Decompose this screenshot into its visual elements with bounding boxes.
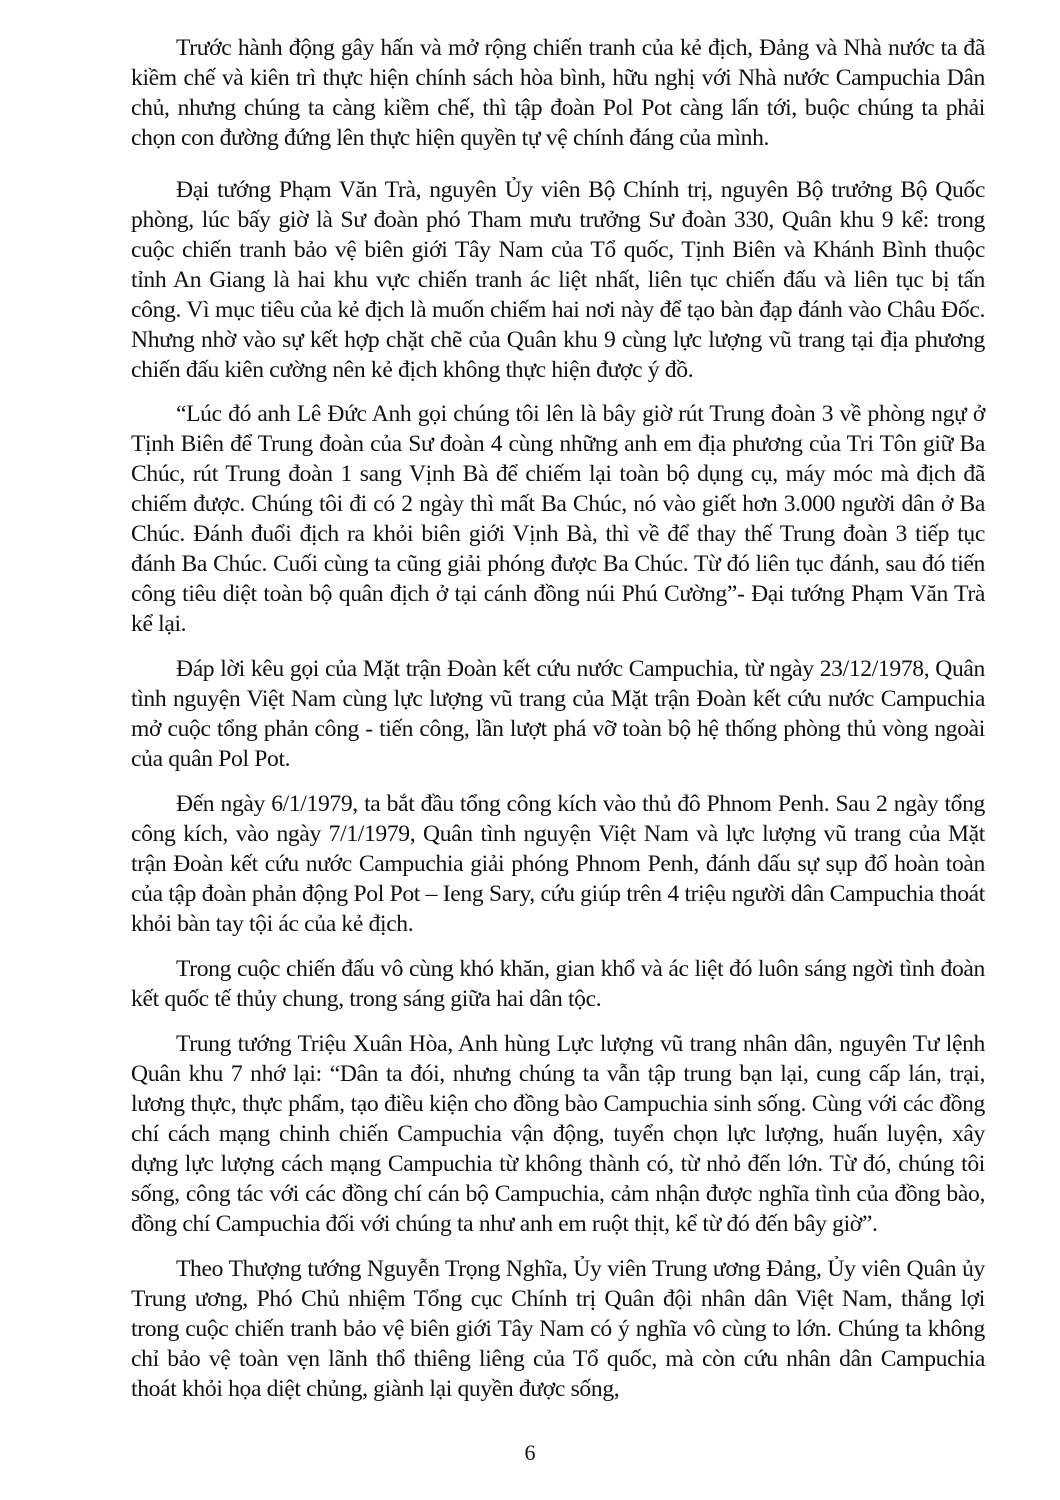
page-number: 6 [0, 1440, 1060, 1466]
paragraph-6: Trong cuộc chiến đấu vô cùng khó khăn, g… [131, 954, 985, 1014]
paragraph-4: Đáp lời kêu gọi của Mặt trận Đoàn kết cứ… [131, 654, 985, 774]
paragraph-3: “Lúc đó anh Lê Đức Anh gọi chúng tôi lên… [131, 399, 985, 639]
document-body: Trước hành động gây hấn và mở rộng chiến… [131, 20, 985, 1417]
paragraph-1: Trước hành động gây hấn và mở rộng chiến… [131, 33, 985, 153]
paragraph-8: Theo Thượng tướng Nguyễn Trọng Nghĩa, Ủy… [131, 1254, 985, 1404]
paragraph-2: Đại tướng Phạm Văn Trà, nguyên Ủy viên B… [131, 175, 985, 385]
paragraph-7: Trung tướng Triệu Xuân Hòa, Anh hùng Lực… [131, 1029, 985, 1239]
paragraph-5: Đến ngày 6/1/1979, ta bắt đầu tổng công … [131, 789, 985, 939]
